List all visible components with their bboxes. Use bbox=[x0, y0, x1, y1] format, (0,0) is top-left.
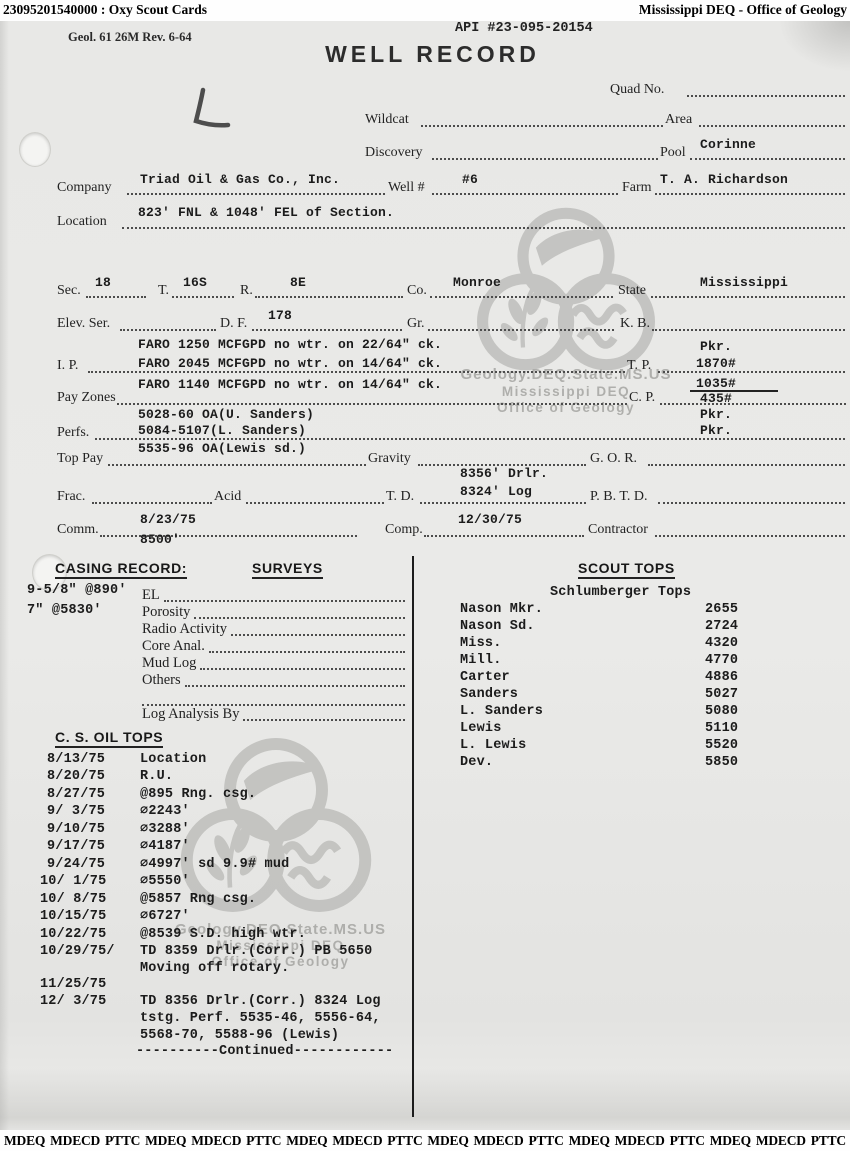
tp-line bbox=[658, 357, 845, 373]
footer-token: MDECD bbox=[50, 1133, 100, 1149]
kb-label: K. B. bbox=[620, 316, 650, 331]
oil-top-date: 10/ 8/75 bbox=[40, 892, 106, 907]
document-id-title: 23095201540000 : Oxy Scout Cards bbox=[3, 2, 207, 18]
tp-pkr-value: Pkr. bbox=[700, 339, 732, 354]
elev-ser-line bbox=[120, 315, 216, 331]
df-label: D. F. bbox=[220, 316, 247, 331]
footer-token: PTTC bbox=[811, 1133, 846, 1149]
scout-top-name: L. Sanders bbox=[460, 704, 543, 719]
casing-line2: 7" @5830' bbox=[27, 603, 102, 618]
sec-value: 18 bbox=[95, 275, 111, 290]
footer-token: PTTC bbox=[105, 1133, 140, 1149]
scout-top-depth: 4770 bbox=[705, 653, 738, 668]
continued-marker: ----------Continued------------ bbox=[136, 1044, 393, 1059]
ip-label: I. P. bbox=[57, 358, 78, 373]
area-label: Area bbox=[665, 112, 692, 127]
pay-zones-label: Pay Zones bbox=[57, 390, 116, 405]
survey-line bbox=[231, 634, 405, 636]
survey-item-label: EL bbox=[142, 587, 160, 604]
state-value: Mississippi bbox=[700, 275, 788, 290]
footer-token: PTTC bbox=[670, 1133, 705, 1149]
top-pay-label: Top Pay bbox=[57, 451, 103, 466]
scout-top-depth: 4320 bbox=[705, 636, 738, 651]
footer-token: MDEQ bbox=[4, 1133, 45, 1149]
survey-row: Others bbox=[142, 673, 405, 689]
pbtd-label: P. B. T. D. bbox=[590, 489, 647, 504]
scout-top-depth: 2655 bbox=[705, 602, 738, 617]
perfs-line2: 5084-5107(L. Sanders) bbox=[138, 423, 306, 438]
co-value: Monroe bbox=[453, 275, 501, 290]
api-number: API #23-095-20154 bbox=[455, 21, 593, 36]
oil-top-date: 12/ 3/75 bbox=[40, 994, 106, 1009]
survey-line bbox=[243, 719, 405, 721]
scout-top-name: Nason Sd. bbox=[460, 619, 535, 634]
oil-top-note: ∅4187' bbox=[140, 839, 190, 854]
oil-top-note: ∅3288' bbox=[140, 822, 190, 837]
oil-top-date: 10/15/75 bbox=[40, 909, 106, 924]
survey-row: EL bbox=[142, 588, 405, 604]
oil-top-note: ∅6727' bbox=[140, 909, 190, 924]
oil-top-date: 9/24/75 bbox=[47, 857, 105, 872]
contractor-line bbox=[655, 521, 845, 537]
footer-token: MDECD bbox=[474, 1133, 524, 1149]
comm-value2: 8500' bbox=[140, 532, 180, 547]
footer-token: MDEQ bbox=[286, 1133, 327, 1149]
oil-top-date: 9/17/75 bbox=[47, 839, 105, 854]
survey-line bbox=[164, 600, 405, 602]
footer-token: MDEQ bbox=[710, 1133, 751, 1149]
footer-token: MDEQ bbox=[569, 1133, 610, 1149]
farm-label: Farm bbox=[622, 180, 652, 195]
comm-value1: 8/23/75 bbox=[140, 512, 196, 527]
perfs-label: Perfs. bbox=[57, 425, 89, 440]
gr-line bbox=[428, 315, 614, 331]
oil-top-date: 8/13/75 bbox=[47, 752, 105, 767]
scout-top-name: Lewis bbox=[460, 721, 502, 736]
scout-tops-subheading: Schlumberger Tops bbox=[550, 585, 691, 600]
ip-line2: FARO 2045 MCFGPD no wtr. on 14/64" ck. bbox=[138, 356, 442, 371]
survey-item-label: Mud Log bbox=[142, 655, 196, 672]
state-label: State bbox=[618, 283, 646, 298]
well-no-label: Well # bbox=[388, 180, 425, 195]
oil-top-date: 10/29/75/ bbox=[40, 944, 115, 959]
pool-value: Corinne bbox=[700, 137, 756, 152]
tp-label: T. P. bbox=[627, 358, 651, 373]
t-value: 16S bbox=[183, 275, 207, 290]
oil-top-note: ∅4997' sd 9.9# mud bbox=[140, 857, 289, 872]
survey-blank-line bbox=[142, 690, 405, 706]
footer-token: MDECD bbox=[756, 1133, 806, 1149]
oil-top-note: Moving off rotary. bbox=[140, 961, 289, 976]
oil-top-date: 9/ 3/75 bbox=[47, 804, 105, 819]
scout-tops-heading: SCOUT TOPS bbox=[578, 560, 675, 579]
survey-row: Mud Log bbox=[142, 656, 405, 672]
section-divider bbox=[412, 556, 414, 1117]
company-label: Company bbox=[57, 180, 111, 195]
scout-top-depth: 5520 bbox=[705, 738, 738, 753]
location-label: Location bbox=[57, 214, 107, 229]
oil-top-date: 10/ 1/75 bbox=[40, 874, 106, 889]
scout-top-depth: 2724 bbox=[705, 619, 738, 634]
hole-punch bbox=[20, 133, 50, 166]
t-label: T. bbox=[158, 283, 169, 298]
cs-oil-tops-heading: C. S. OIL TOPS bbox=[55, 729, 163, 748]
r-value: 8E bbox=[290, 275, 306, 290]
oil-top-date: 8/20/75 bbox=[47, 769, 105, 784]
oil-top-note: TD 8356 Drlr.(Corr.) 8324 Log bbox=[140, 994, 381, 1009]
perfs-pkr2: Pkr. bbox=[700, 423, 732, 438]
viewer-header: 23095201540000 : Oxy Scout Cards Mississ… bbox=[0, 0, 850, 21]
well-no-line bbox=[432, 179, 618, 195]
acid-line bbox=[246, 488, 384, 504]
contractor-label: Contractor bbox=[588, 522, 648, 537]
oil-top-note: ∅5550' bbox=[140, 874, 190, 889]
perfs-line1: 5028-60 OA(U. Sanders) bbox=[138, 407, 314, 422]
footer-token: MDECD bbox=[191, 1133, 241, 1149]
oil-top-note: 5568-70, 5588-96 (Lewis) bbox=[140, 1028, 339, 1043]
scout-top-depth: 5027 bbox=[705, 687, 738, 702]
survey-row: Radio Activity bbox=[142, 622, 405, 638]
survey-line bbox=[200, 668, 405, 670]
oil-top-note: @895 Rng. csg. bbox=[140, 787, 256, 802]
location-value: 823' FNL & 1048' FEL of Section. bbox=[138, 205, 394, 220]
log-analysis-label: Log Analysis By bbox=[142, 706, 239, 723]
well-no-value: #6 bbox=[462, 172, 478, 187]
survey-item-label: Core Anal. bbox=[142, 638, 205, 655]
scout-top-name: Nason Mkr. bbox=[460, 602, 543, 617]
casing-line1: 9-5/8" @890' bbox=[27, 583, 127, 598]
gravity-line bbox=[418, 450, 586, 466]
quad-no-label: Quad No. bbox=[610, 82, 664, 97]
oil-top-date: 11/25/75 bbox=[40, 977, 106, 992]
pay-zones-line bbox=[117, 389, 627, 405]
footer-token: PTTC bbox=[528, 1133, 563, 1149]
td-line bbox=[420, 488, 586, 504]
footer-token: PTTC bbox=[246, 1133, 281, 1149]
company-value: Triad Oil & Gas Co., Inc. bbox=[140, 172, 340, 187]
elev-ser-label: Elev. Ser. bbox=[57, 316, 110, 331]
oil-top-note: @5857 Rng csg. bbox=[140, 892, 256, 907]
gor-line bbox=[648, 450, 845, 466]
frac-line bbox=[92, 488, 212, 504]
casing-record-heading: CASING RECORD: bbox=[55, 560, 187, 579]
oil-top-note: R.U. bbox=[140, 769, 173, 784]
surveys-heading: SURVEYS bbox=[252, 560, 323, 579]
gravity-label: Gravity bbox=[368, 451, 411, 466]
document-viewer: 23095201540000 : Oxy Scout Cards Mississ… bbox=[0, 0, 850, 1151]
survey-line bbox=[194, 617, 405, 619]
scout-top-depth: 4886 bbox=[705, 670, 738, 685]
oil-top-date: 10/22/75 bbox=[40, 927, 106, 942]
td-label: T. D. bbox=[386, 489, 414, 504]
oil-top-note: TD 8359 Drlr.(Corr.) PB 5650 bbox=[140, 944, 372, 959]
top-pay-line bbox=[108, 450, 366, 466]
wildcat-line bbox=[421, 111, 663, 127]
survey-row: Log Analysis By bbox=[142, 707, 405, 723]
scout-top-name: Sanders bbox=[460, 687, 518, 702]
survey-row: Core Anal. bbox=[142, 639, 405, 655]
r-label: R. bbox=[240, 283, 253, 298]
acid-label: Acid bbox=[214, 489, 241, 504]
scout-top-name: Miss. bbox=[460, 636, 502, 651]
sec-label: Sec. bbox=[57, 283, 81, 298]
tp-value1: 1870# bbox=[696, 356, 736, 371]
handwritten-L-mark bbox=[185, 84, 240, 134]
footer-token: MDECD bbox=[332, 1133, 382, 1149]
survey-item-label: Radio Activity bbox=[142, 621, 227, 638]
survey-line bbox=[209, 651, 405, 653]
oil-top-date: 9/10/75 bbox=[47, 822, 105, 837]
footer-token: PTTC bbox=[387, 1133, 422, 1149]
oil-top-note: tstg. Perf. 5535-46, 5556-64, bbox=[140, 1011, 381, 1026]
comp-label: Comp. bbox=[385, 522, 423, 537]
gr-label: Gr. bbox=[407, 316, 425, 331]
survey-item-label: Porosity bbox=[142, 604, 190, 621]
survey-line bbox=[185, 685, 405, 687]
perfs-pkr1: Pkr. bbox=[700, 407, 732, 422]
gor-label: G. O. R. bbox=[590, 451, 637, 466]
scout-top-depth: 5850 bbox=[705, 755, 738, 770]
scout-top-depth: 5110 bbox=[705, 721, 738, 736]
comm-label: Comm. bbox=[57, 522, 99, 537]
pool-label: Pool bbox=[660, 145, 686, 160]
scout-top-name: L. Lewis bbox=[460, 738, 526, 753]
pbtd-line bbox=[658, 488, 845, 504]
discovery-line bbox=[432, 144, 658, 160]
ip-line1: FARO 1250 MCFGPD no wtr. on 22/64" ck. bbox=[138, 337, 442, 352]
footer-token: MDEQ bbox=[145, 1133, 186, 1149]
td-value1: 8356' Drlr. bbox=[460, 466, 548, 481]
comm-line bbox=[100, 521, 357, 537]
scout-top-depth: 5080 bbox=[705, 704, 738, 719]
scout-top-name: Dev. bbox=[460, 755, 493, 770]
scout-top-name: Mill. bbox=[460, 653, 502, 668]
oil-top-date: 8/27/75 bbox=[47, 787, 105, 802]
agency-title: Mississippi DEQ - Office of Geology bbox=[639, 2, 847, 18]
footer-token: MDECD bbox=[615, 1133, 665, 1149]
cp-value: 435# bbox=[700, 391, 732, 406]
quad-no-line bbox=[687, 81, 845, 97]
oil-top-note: @8539 S.D. high wtr. bbox=[140, 927, 306, 942]
df-value: 178 bbox=[268, 308, 292, 323]
oil-top-note: Location bbox=[140, 752, 206, 767]
area-line bbox=[699, 111, 845, 127]
survey-item-label: Others bbox=[142, 672, 181, 689]
comp-value: 12/30/75 bbox=[458, 512, 522, 527]
kb-line bbox=[652, 315, 845, 331]
co-label: Co. bbox=[407, 283, 427, 298]
r-line bbox=[255, 282, 403, 298]
form-title: WELL RECORD bbox=[0, 41, 850, 68]
discovery-label: Discovery bbox=[365, 145, 423, 160]
footer-token: MDEQ bbox=[427, 1133, 468, 1149]
oil-top-note: ∅2243' bbox=[140, 804, 190, 819]
scout-top-name: Carter bbox=[460, 670, 510, 685]
survey-row: Porosity bbox=[142, 605, 405, 621]
cp-label: C. P. bbox=[629, 390, 655, 405]
frac-label: Frac. bbox=[57, 489, 85, 504]
wildcat-label: Wildcat bbox=[365, 112, 409, 127]
viewer-footer: MDEQMDECDPTTC MDEQMDECDPTTC MDEQMDECDPTT… bbox=[0, 1130, 850, 1151]
farm-value: T. A. Richardson bbox=[660, 172, 788, 187]
